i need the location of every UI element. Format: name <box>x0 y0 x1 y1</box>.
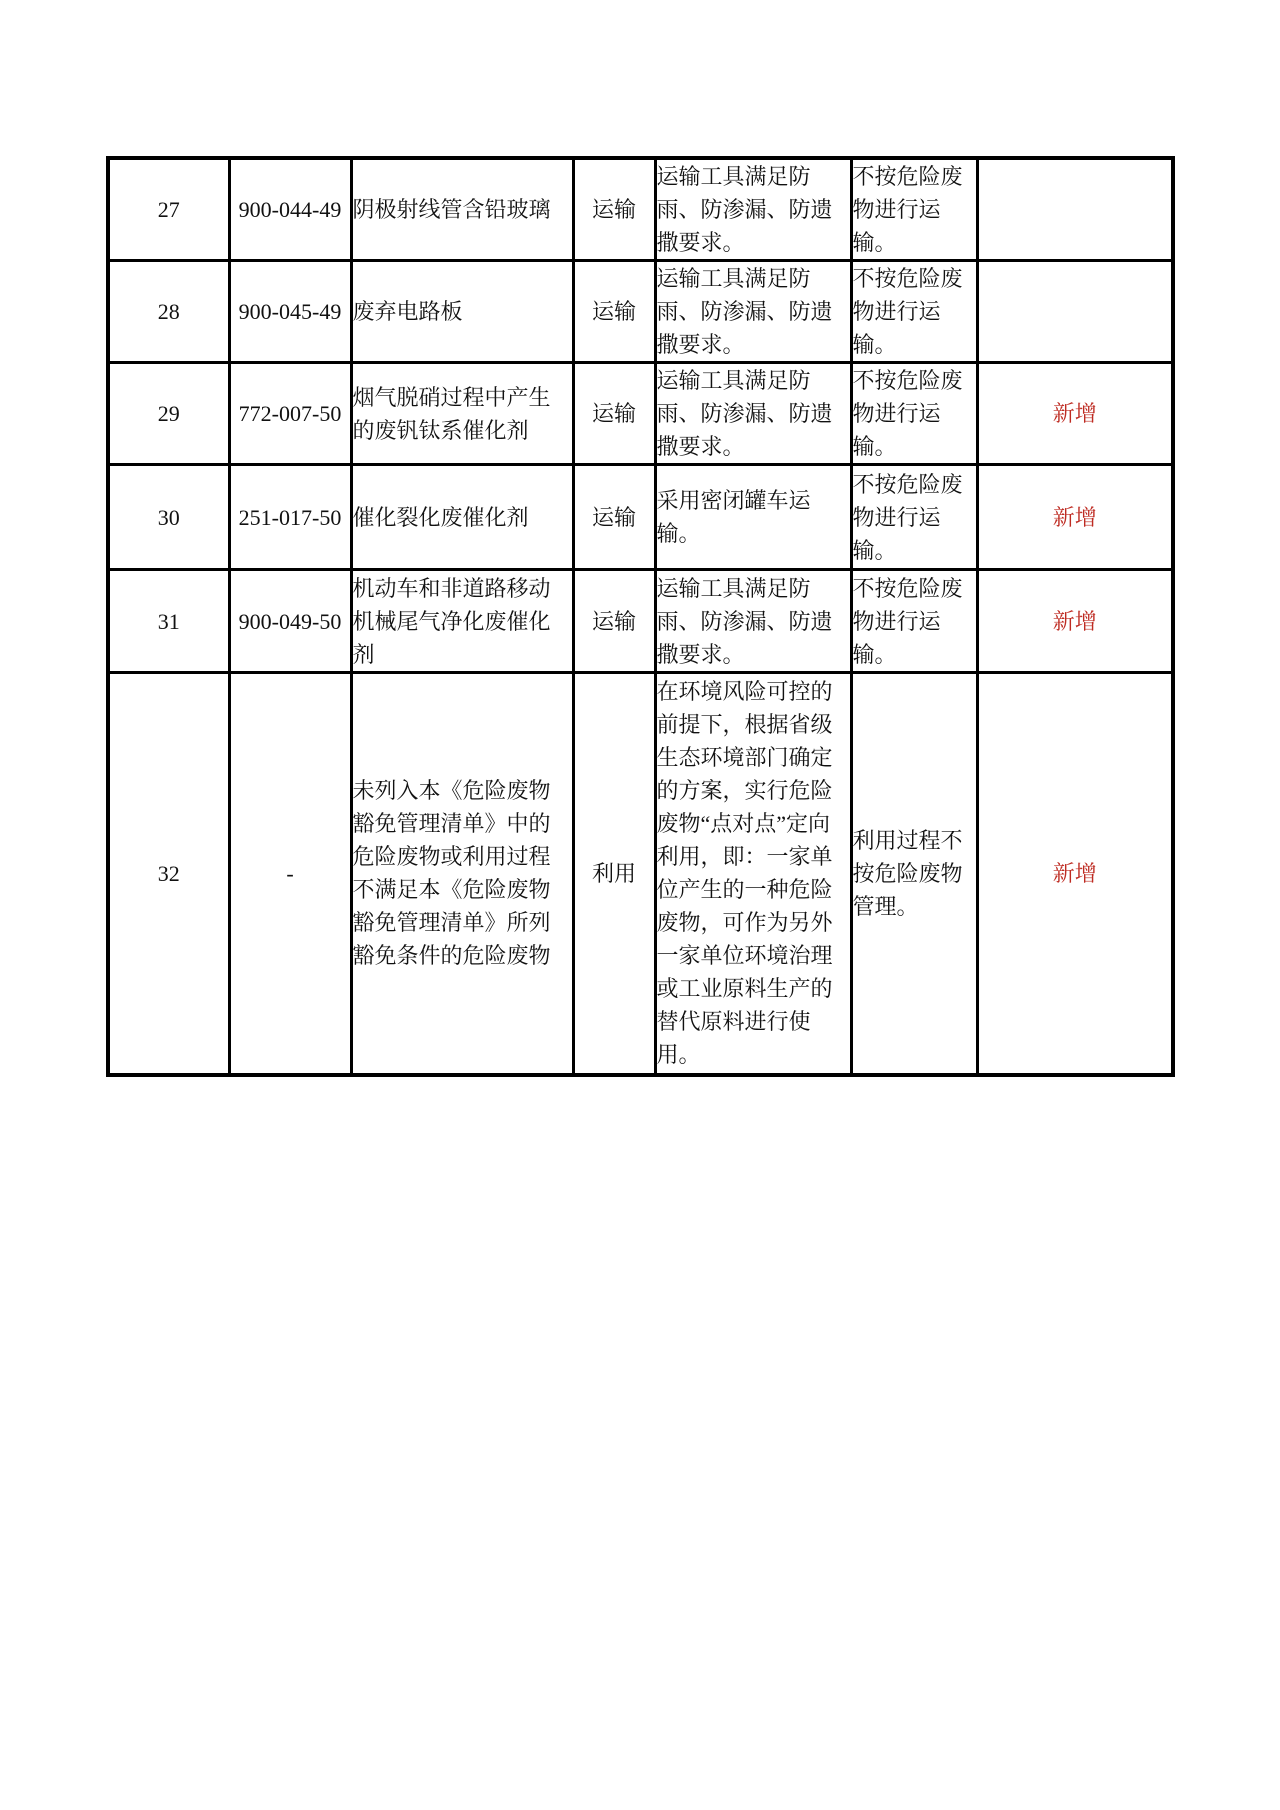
cell-waste-code: 251-017-50 <box>229 465 351 570</box>
table-row: 30 251-017-50 催化裂化废催化剂 运输 采用密闭罐车运 输。 不按危… <box>108 465 1173 570</box>
cell-requirement: 不按危险废 物进行运 输。 <box>851 570 977 673</box>
table-row: 32 - 未列入本《危险废物 豁免管理清单》中的 危险废物或利用过程 不满足本《… <box>108 673 1173 1075</box>
cell-waste-name: 烟气脱硝过程中产生 的废钒钛系催化剂 <box>351 363 573 465</box>
cell-process: 运输 <box>573 261 655 363</box>
cell-row-number: 29 <box>108 363 229 465</box>
cell-condition: 采用密闭罐车运 输。 <box>655 465 851 570</box>
document-page: 27 900-044-49 阴极射线管含铅玻璃 运输 运输工具满足防 雨、防渗漏… <box>0 0 1280 1810</box>
table-row: 31 900-049-50 机动车和非道路移动 机械尾气净化废催化 剂 运输 运… <box>108 570 1173 673</box>
cell-condition: 运输工具满足防 雨、防渗漏、防遗 撒要求。 <box>655 158 851 261</box>
cell-condition: 运输工具满足防 雨、防渗漏、防遗 撒要求。 <box>655 570 851 673</box>
table-row: 28 900-045-49 废弃电路板 运输 运输工具满足防 雨、防渗漏、防遗 … <box>108 261 1173 363</box>
cell-remark-added: 新增 <box>977 570 1173 673</box>
cell-waste-code: 900-045-49 <box>229 261 351 363</box>
cell-requirement: 不按危险废 物进行运 输。 <box>851 465 977 570</box>
cell-waste-name: 机动车和非道路移动 机械尾气净化废催化 剂 <box>351 570 573 673</box>
table-row: 27 900-044-49 阴极射线管含铅玻璃 运输 运输工具满足防 雨、防渗漏… <box>108 158 1173 261</box>
cell-process: 运输 <box>573 465 655 570</box>
cell-remark <box>977 158 1173 261</box>
cell-requirement: 不按危险废 物进行运 输。 <box>851 261 977 363</box>
cell-process: 利用 <box>573 673 655 1075</box>
cell-waste-code: 900-049-50 <box>229 570 351 673</box>
cell-waste-name: 阴极射线管含铅玻璃 <box>351 158 573 261</box>
cell-condition: 运输工具满足防 雨、防渗漏、防遗 撒要求。 <box>655 261 851 363</box>
cell-process: 运输 <box>573 363 655 465</box>
cell-waste-name: 未列入本《危险废物 豁免管理清单》中的 危险废物或利用过程 不满足本《危险废物 … <box>351 673 573 1075</box>
cell-remark-added: 新增 <box>977 363 1173 465</box>
cell-requirement: 利用过程不 按危险废物 管理。 <box>851 673 977 1075</box>
cell-remark-added: 新增 <box>977 673 1173 1075</box>
cell-row-number: 27 <box>108 158 229 261</box>
cell-waste-name: 废弃电路板 <box>351 261 573 363</box>
cell-remark-added: 新增 <box>977 465 1173 570</box>
cell-requirement: 不按危险废 物进行运 输。 <box>851 363 977 465</box>
cell-requirement: 不按危险废 物进行运 输。 <box>851 158 977 261</box>
cell-waste-code: 900-044-49 <box>229 158 351 261</box>
cell-waste-code: 772-007-50 <box>229 363 351 465</box>
waste-exemption-table: 27 900-044-49 阴极射线管含铅玻璃 运输 运输工具满足防 雨、防渗漏… <box>106 156 1175 1077</box>
cell-condition: 在环境风险可控的 前提下，根据省级 生态环境部门确定 的方案，实行危险 废物“点… <box>655 673 851 1075</box>
cell-row-number: 28 <box>108 261 229 363</box>
cell-row-number: 30 <box>108 465 229 570</box>
cell-process: 运输 <box>573 570 655 673</box>
cell-remark <box>977 261 1173 363</box>
cell-waste-name: 催化裂化废催化剂 <box>351 465 573 570</box>
cell-row-number: 31 <box>108 570 229 673</box>
cell-row-number: 32 <box>108 673 229 1075</box>
table-row: 29 772-007-50 烟气脱硝过程中产生 的废钒钛系催化剂 运输 运输工具… <box>108 363 1173 465</box>
cell-waste-code: - <box>229 673 351 1075</box>
cell-process: 运输 <box>573 158 655 261</box>
cell-condition: 运输工具满足防 雨、防渗漏、防遗 撒要求。 <box>655 363 851 465</box>
